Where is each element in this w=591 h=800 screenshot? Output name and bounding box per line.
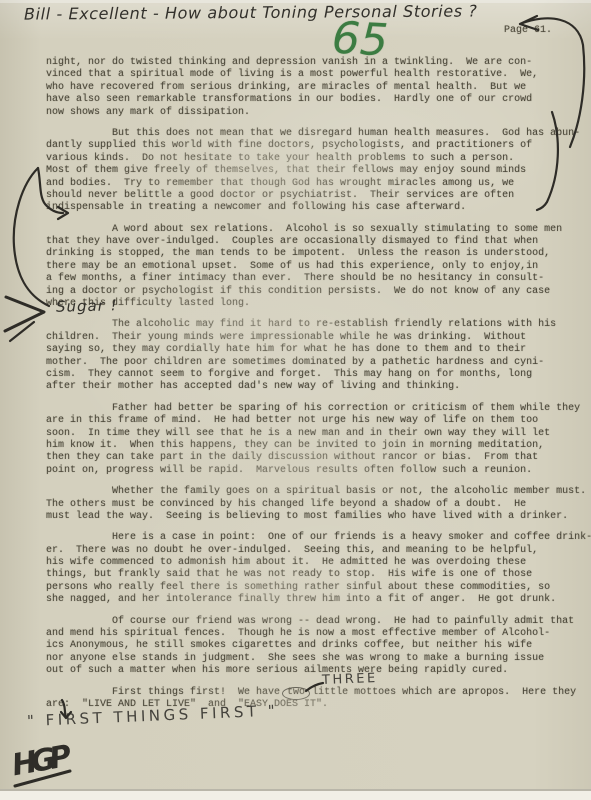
typed-line: children. Their young minds were impress…	[46, 332, 576, 344]
typed-line: various kinds. Do not hesitate to take y…	[46, 153, 576, 165]
paragraph-case-in-point: Here is a case in point: One of our frie…	[46, 532, 576, 606]
insert-slash-icon	[10, 322, 34, 341]
typed-line: ing a doctor or psychologist if this con…	[46, 286, 576, 298]
paragraph-night-recovery: night, nor do twisted thinking and depre…	[46, 57, 576, 119]
monogram-initials: HGP	[9, 740, 68, 784]
typed-line: should never belittle a good doctor or p…	[46, 190, 576, 202]
paragraph-health-measures: But this does not mean that we disregard…	[46, 128, 576, 215]
typed-line: have also seen remarkable transformation…	[46, 94, 576, 106]
typed-line: saying so, they may cordially hate him f…	[46, 344, 576, 356]
typed-line: A word about sex relations. Alcohol is s…	[46, 224, 576, 236]
typed-line: there may be an emotional upset. Some of…	[46, 261, 576, 273]
typed-line: The alcoholic may find it hard to re-est…	[46, 319, 576, 331]
typed-line: are in this frame of mind. He had better…	[46, 415, 576, 427]
scanned-manuscript-page: night, nor do twisted thinking and depre…	[0, 0, 591, 800]
mottoes-line1-pre: First things first! We have	[46, 687, 286, 698]
typed-line: after their mother has accepted dad's ne…	[46, 381, 576, 393]
typed-line: him know it. When this happens, they can…	[46, 440, 576, 452]
typed-line: ics Anonymous, he still smokes cigarette…	[46, 640, 576, 652]
paragraph-family-spiritual-basis: Whether the family goes on a spiritual b…	[46, 486, 576, 523]
three-correction-note: THREE	[322, 671, 378, 688]
typed-line: indispensable in treating a newcomer and…	[46, 202, 576, 214]
typed-line: now shows any mark of dissipation.	[46, 107, 576, 119]
typed-line: then they can take part in the daily dis…	[46, 452, 576, 464]
typed-line: mother. The poor children are sometimes …	[46, 357, 576, 369]
paragraph-friend-was-wrong: Of course our friend was wrong -- dead w…	[46, 616, 576, 678]
paragraph-children: The alcoholic may find it hard to re-est…	[46, 319, 576, 393]
typed-line: must lead the way. Seeing is believing t…	[46, 511, 576, 523]
typed-line: Father had better be sparing of his corr…	[46, 403, 576, 415]
green-renumber-65: 65	[331, 13, 390, 67]
typed-line: who have recovered from serious drinking…	[46, 82, 576, 94]
page-number: Page 61.	[504, 25, 552, 37]
typed-line: nor anyone else stands in judgment. She …	[46, 653, 576, 665]
typed-line: persons who really feel there is somethi…	[46, 582, 576, 594]
paragraph-sex-relations: A word about sex relations. Alcohol is s…	[46, 224, 576, 311]
typed-line: Most of them give freely of themselves, …	[46, 165, 576, 177]
typed-line: Here is a case in point: One of our frie…	[46, 532, 576, 544]
top-margin-note: Bill - Excellent - How about Toning Pers…	[24, 1, 478, 23]
typed-line: where this difficulty lasted long.	[46, 298, 576, 310]
typed-line: The others must be convinced by his chan…	[46, 499, 576, 511]
left-margin-big-arc-icon	[14, 168, 49, 306]
scan-bottom-edge	[0, 789, 591, 800]
typed-line: dantly supplied this world with fine doc…	[46, 140, 576, 152]
typed-line: and bodies. Try to remember that though …	[46, 178, 576, 190]
typed-line: cism. They cannot seem to forgive and fo…	[46, 369, 576, 381]
typed-line: his wife commenced to admonish him about…	[46, 557, 576, 569]
typed-line: and mend his spiritual fences. Though he…	[46, 628, 576, 640]
typed-line: Of course our friend was wrong -- dead w…	[46, 616, 576, 628]
paragraph-father-sparing: Father had better be sparing of his corr…	[46, 403, 576, 477]
typed-line: soon. In time they will see that he is a…	[46, 428, 576, 440]
typed-body: night, nor do twisted thinking and depre…	[46, 57, 576, 720]
typed-line: vinced that a spiritual mode of living i…	[46, 69, 576, 81]
sugar-margin-note: Sugar !	[56, 296, 118, 316]
mottoes-line-1: First things first! We have two little m…	[46, 687, 576, 699]
typed-line: out of such a matter when his more serio…	[46, 665, 576, 677]
typed-line: point on, progress will be rapid. Marvel…	[46, 465, 576, 477]
typed-line: things, but frankly said that he was not…	[46, 569, 576, 581]
typed-line: drinking is stopped, the man tends to be…	[46, 248, 576, 260]
typed-line: night, nor do twisted thinking and depre…	[46, 57, 576, 69]
typed-line: But this does not mean that we disregard…	[46, 128, 576, 140]
typed-line: er. There was no doubt he over-indulged.…	[46, 545, 576, 557]
mottoes-line1-post: little mottoes which are apropos. Here t…	[306, 687, 576, 698]
typed-line: that they have over-indulged. Couples ar…	[46, 236, 576, 248]
chevron-right-icon	[5, 297, 44, 331]
typed-line: she nagged, and her intolerance finally …	[46, 594, 576, 606]
typed-line: Whether the family goes on a spiritual b…	[46, 486, 576, 498]
typed-line: a few months, a finer intimacy than ever…	[46, 273, 576, 285]
